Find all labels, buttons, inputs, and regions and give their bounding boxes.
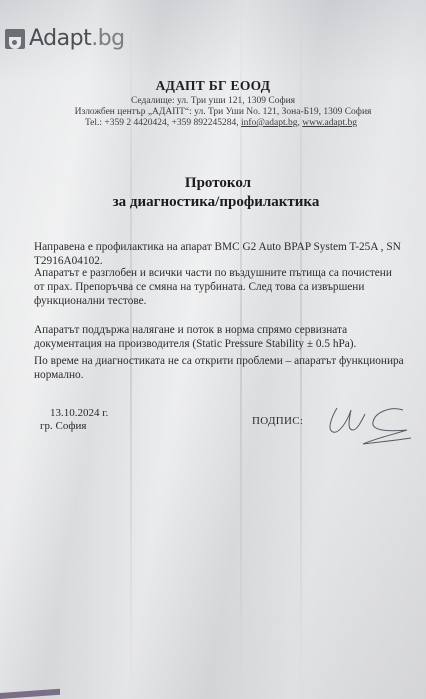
document-city: гр. София: [40, 420, 86, 432]
email-link: info@adapt.bg: [241, 118, 298, 128]
paragraph-maintenance: Направена е профилактика на апарат BMC G…: [34, 240, 404, 268]
logo-text: Adapt.bg: [29, 26, 125, 51]
adapt-logo-icon: [5, 29, 25, 49]
paragraph-conclusion: По време на диагностиката не са открити …: [34, 354, 404, 382]
handwritten-signature: [325, 400, 415, 450]
paragraph-pressure: Апаратът поддържа налягане и поток в нор…: [34, 323, 404, 351]
signature-label: ПОДПИС:: [252, 415, 303, 427]
contact-line: Tel.: +359 2 4420424, +359 892245284, in…: [8, 118, 426, 128]
document-date: 13.10.2024 г.: [50, 407, 108, 419]
registered-office: Седалище: ул. Три уши 121, 1309 София: [0, 96, 426, 106]
company-name: АДАПТ БГ ЕООД: [0, 78, 426, 94]
company-logo: Adapt.bg: [5, 26, 125, 51]
paragraph-cleaning: Апаратът е разглобен и всички части по в…: [34, 266, 404, 308]
logo-tld: .bg: [91, 26, 124, 51]
document-title: Протокол: [5, 175, 426, 192]
logo-name: Adapt: [29, 26, 91, 51]
phone-numbers: Tel.: +359 2 4420424, +359 892245284,: [85, 118, 241, 128]
website-link: www.adapt.bg: [302, 118, 357, 128]
document-subtitle: за диагностика/профилактика: [3, 194, 426, 211]
showroom-address: Изложбен център „АДАПТ“: ул. Три Уши No.…: [10, 107, 426, 117]
